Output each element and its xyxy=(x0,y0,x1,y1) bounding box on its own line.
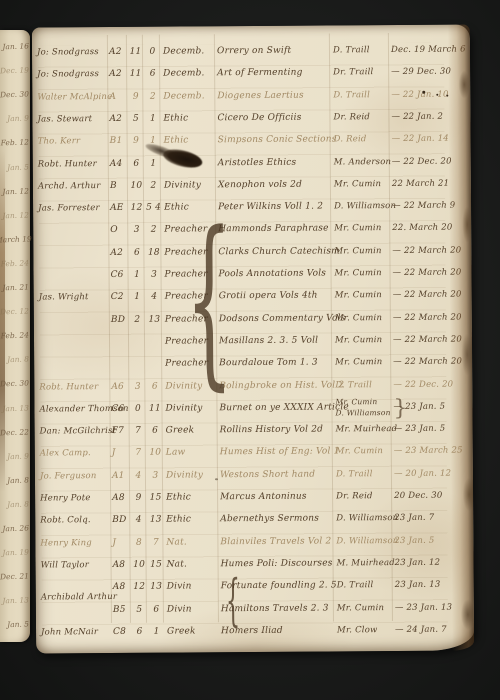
book-title: Hamiltons Travels 2. 3 xyxy=(221,603,337,614)
borrower-name xyxy=(39,315,111,316)
subject-class: Decemb. xyxy=(163,69,215,79)
book-number: 4 xyxy=(146,292,163,302)
professor-name: Mr. Cumin xyxy=(335,335,395,345)
press-mark: A2 xyxy=(109,114,127,124)
subject-class: Ethic xyxy=(164,135,216,145)
ledger-row: BD 2 13 Preacher Dodsons Commentary Vols… xyxy=(34,312,472,337)
book-title: Art of Fermenting xyxy=(217,68,333,79)
professor-name: D. Traill xyxy=(333,90,393,100)
facing-page-date: Feb. 12 xyxy=(0,138,29,148)
facing-page-date: Jan. 13 xyxy=(0,403,29,413)
shelf-number: 1 xyxy=(130,270,145,280)
subject-class: Preacher xyxy=(165,336,217,346)
book-number: 1 xyxy=(145,136,162,146)
press-mark: C8 xyxy=(113,627,131,637)
shelf-number: 9 xyxy=(129,136,144,146)
facing-page-date: Dec. 12 xyxy=(0,307,29,317)
subject-class: Preacher xyxy=(165,292,217,302)
facing-page-date: Feb. 24 xyxy=(0,258,29,268)
borrower-name xyxy=(39,359,111,360)
book-number: 2 xyxy=(145,225,162,235)
book-number: 1 xyxy=(144,114,161,124)
book-number: 15 xyxy=(148,560,165,570)
book-number: 0 xyxy=(144,47,161,57)
professor-name: D. Traill xyxy=(337,580,397,590)
book-title: Orrery on Swift xyxy=(217,45,333,56)
shelf-number: 7 xyxy=(131,426,146,436)
ledger-row: B5 5 6 Divin Hamiltons Travels 2. 3 Mr. … xyxy=(36,602,474,627)
press-mark: F7 xyxy=(112,426,130,436)
subject-class: Decemb. xyxy=(163,46,215,56)
professor-name: Mr. Muirhead xyxy=(336,424,396,434)
book-title: Peter Wilkins Voll 1. 2 xyxy=(218,202,334,213)
ledger-row: Jo: Snodgrass A2 11 6 Decemb. Art of Fer… xyxy=(32,67,470,92)
ledger-row: John McNair C8 6 1 Greek Homers Iliad Mr… xyxy=(36,624,474,649)
ink-speck xyxy=(436,94,438,96)
professor-name: D. Traill xyxy=(336,469,396,479)
book-title: Abernethys Sermons xyxy=(220,514,336,525)
press-mark: O xyxy=(110,225,128,235)
facing-page-date: Dec. 21 xyxy=(0,572,29,582)
ledger-row: Preacher Bourdaloue Tom 1. 3 Mr. Cumin —… xyxy=(34,357,472,382)
professor-name: Mr. Cumin xyxy=(335,268,395,278)
borrower-name: Archibald Arthur xyxy=(41,592,113,603)
facing-page-date: Jan. 26 xyxy=(0,523,29,533)
professor-name: Dr. Traill xyxy=(333,67,393,77)
shelf-number: 11 xyxy=(128,47,143,57)
book-number: 13 xyxy=(147,515,164,525)
facing-page-date: Dec. 30 xyxy=(0,379,29,389)
professor-name: D. Traill xyxy=(333,45,393,55)
subject-class: Ethic xyxy=(164,202,216,212)
press-mark: A6 xyxy=(111,381,129,391)
press-mark: AE xyxy=(110,203,128,213)
press-mark: A4 xyxy=(110,158,128,168)
shelf-number: 9 xyxy=(128,91,143,101)
facing-page-edge: Jan. 16Dec. 19Dec. 30Jan. 9Feb. 12Jan. 5… xyxy=(0,30,30,642)
subject-class: Law xyxy=(166,448,218,458)
facing-page-date: Jan. 5 xyxy=(0,620,29,630)
book-title: Pools Annotations Vols xyxy=(219,268,335,279)
facing-page-date: Dec. 30 xyxy=(0,90,29,100)
ledger-row: Robt. Colq. BD 4 13 Ethic Abernethys Ser… xyxy=(35,513,473,538)
subject-class: Nat. xyxy=(167,559,219,569)
book-number: 18 xyxy=(145,247,162,257)
shelf-number: 5 xyxy=(128,114,143,124)
ink-speck xyxy=(422,91,425,94)
ledger-row: C6 1 3 Preacher Pools Annotations Vols M… xyxy=(34,267,472,292)
book-number: 15 xyxy=(147,493,164,503)
borrower-name: Alex Camp. xyxy=(40,448,112,459)
shelf-number: 1 xyxy=(130,292,145,302)
subject-class: Preacher xyxy=(165,269,217,279)
ledger-row: Jo. Ferguson A1 4 3 Divinity Westons Sho… xyxy=(35,468,473,493)
shelf-number: 6 xyxy=(132,627,147,637)
book-number: 6 xyxy=(147,426,164,436)
book-title: Marcus Antoninus xyxy=(220,491,336,502)
book-title: Humes Poli: Discourses xyxy=(221,558,337,569)
ledger-row: Jas. Stewart A2 5 1 Ethic Cicero De Offi… xyxy=(32,111,470,136)
professor-name: D. Reid xyxy=(334,134,394,144)
ledger-rows: Jo: Snodgrass A2 11 0 Decemb. Orrery on … xyxy=(32,24,474,653)
professor-name: Mr. Cumin xyxy=(335,313,395,323)
facing-page-date: Feb. 24 xyxy=(0,331,29,341)
shelf-number: 3 xyxy=(130,381,145,391)
facing-page-date: Jan. 13 xyxy=(0,596,29,606)
subject-class: Preacher xyxy=(165,358,217,368)
shelf-number: 2 xyxy=(130,314,145,324)
professor-name: Mr. Cumin xyxy=(334,179,394,189)
register-page: Jo: Snodgrass A2 11 0 Decemb. Orrery on … xyxy=(32,24,474,653)
subject-class: Divinity xyxy=(165,381,217,391)
shelf-number: 3 xyxy=(129,225,144,235)
shelf-number: 8 xyxy=(131,537,146,547)
press-mark: C2 xyxy=(111,292,129,302)
subject-class: Greek xyxy=(166,425,218,435)
subject-class: Divinity xyxy=(166,470,218,480)
shelf-number: 0 xyxy=(130,404,145,414)
professor-name: D. Traill xyxy=(335,380,395,390)
ledger-row: Jas. Forrester AE 12 5 4 Ethic Peter Wil… xyxy=(33,201,471,226)
book-number: 7 xyxy=(147,537,164,547)
book-title: Simpsons Conic Sections xyxy=(218,135,334,146)
book-number: 2 xyxy=(144,91,161,101)
press-mark: A2 xyxy=(110,248,128,258)
borrower-name: John McNair xyxy=(41,627,113,638)
facing-page-date: Jan. 16 xyxy=(0,41,29,51)
book-number: 2 xyxy=(145,180,162,190)
professor-name: D. Williamson xyxy=(336,513,396,523)
professor-name: Dr. Reid xyxy=(336,491,396,501)
ledger-row: Archibald Arthur A8 12 13 Divin Fortunat… xyxy=(36,580,474,605)
book-title: Bourdaloue Tom 1. 3 xyxy=(219,358,335,369)
shelf-number: 6 xyxy=(129,158,144,168)
ledger-row: Henry King J 8 7 Nat. Blainviles Travels… xyxy=(35,535,473,560)
facing-page-date: Jan. 9 xyxy=(0,114,29,124)
ledger-row: Henry Pote A8 9 15 Ethic Marcus Antoninu… xyxy=(35,490,473,515)
shelf-number: 9 xyxy=(131,493,146,503)
borrower-name: Dan: McGilchrist xyxy=(40,426,112,437)
borrower-name: Robt. Colq. xyxy=(40,515,112,526)
press-mark: B1 xyxy=(110,136,128,146)
subject-class: Divinity xyxy=(165,403,217,413)
professor-name: Mr. Cumin xyxy=(334,246,394,256)
book-title: Humes Hist of Eng: Vol 1 xyxy=(220,447,336,458)
facing-page-date: Jan. 5 xyxy=(0,162,29,172)
ledger-row: Tho. Kerr B1 9 1 Ethic Simpsons Conic Se… xyxy=(33,134,471,159)
facing-page-date: Jan. 12 xyxy=(0,210,29,220)
professor-name: Mr. Cumin xyxy=(334,223,394,233)
ledger-row: Will Taylor A8 10 15 Nat. Humes Poli: Di… xyxy=(36,557,474,582)
ledger-row: Alexander Thomson C6 0 11 Divinity Burne… xyxy=(34,401,472,426)
book-title: Xenophon vols 2d xyxy=(218,179,334,190)
press-mark: A2 xyxy=(109,47,127,57)
borrower-name: Alexander Thomson xyxy=(39,404,111,415)
book-title: Fortunate foundling 2. 5 xyxy=(221,581,337,592)
professor-name: Mr. Cumin xyxy=(335,397,395,406)
facing-page-date: Jan. 8 xyxy=(0,475,29,485)
facing-page-date: March 19 xyxy=(0,234,29,244)
professor-name: Mr. CuminD. Williamson} xyxy=(335,402,395,411)
facing-page-date: Dec. 19 xyxy=(0,66,29,76)
professor-name-2: D. Williamson xyxy=(335,408,390,417)
ledger-row: Alex Camp. J 7 10 Law Humes Hist of Eng:… xyxy=(35,446,473,471)
subject-class: Divin xyxy=(167,581,219,591)
borrower-name: Archd. Arthur xyxy=(38,181,110,192)
shelf-number: 10 xyxy=(132,560,147,570)
borrower-name xyxy=(38,248,110,249)
shelf-number: 4 xyxy=(131,515,146,525)
ledger-row: Archd. Arthur B 10 2 Divinity Xenophon v… xyxy=(33,178,471,203)
subject-class: Preacher xyxy=(164,247,216,257)
book-number: 6 xyxy=(148,604,165,614)
subject-class: Decemb. xyxy=(163,91,215,101)
press-mark: J xyxy=(112,537,130,547)
professor-name: D. Williamson xyxy=(334,201,394,211)
press-mark: A1 xyxy=(112,471,130,481)
book-title: Dodsons Commentary Vols xyxy=(219,313,335,324)
press-mark: C6 xyxy=(111,270,129,280)
ledger-row: A2 6 18 Preacher Clarks Church Catechism… xyxy=(33,245,471,270)
book-number: 10 xyxy=(147,448,164,458)
professor-name: Mr. Cumin xyxy=(336,446,396,456)
facing-page-date: Jan. 19 xyxy=(0,548,29,558)
facing-page-date: Jan. 9 xyxy=(0,451,29,461)
press-mark: BD xyxy=(112,515,130,525)
facing-page-date: Jan. 21 xyxy=(0,282,29,292)
professor-name: D. Williamson xyxy=(336,536,396,546)
worn-page-edge xyxy=(448,24,474,650)
borrower-name: Henry King xyxy=(40,538,112,549)
book-number: 5 4 xyxy=(145,203,162,213)
ledger-row: Jo: Snodgrass A2 11 0 Decemb. Orrery on … xyxy=(32,44,470,69)
borrower-name xyxy=(39,337,111,338)
book-number: 3 xyxy=(146,270,163,280)
facing-page-date: Jan. 8 xyxy=(0,355,29,365)
book-number: 1 xyxy=(148,626,165,636)
book-title: Grotii opera Vols 4th xyxy=(219,291,335,302)
subject-class: Preacher xyxy=(164,225,216,235)
book-title: Diogenes Laertius xyxy=(217,90,333,101)
shelf-number: 6 xyxy=(129,247,144,257)
shelf-number: 12 xyxy=(132,582,147,592)
book-title: Clarks Church Catechism xyxy=(218,246,334,257)
borrower-name: Henry Pote xyxy=(40,493,112,504)
book-title: Bolingbroke on Hist. Vol 2 xyxy=(219,380,335,391)
book-title: Blainviles Travels Vol 2 xyxy=(220,536,336,547)
shelf-number: 11 xyxy=(128,69,143,79)
shelf-number: 4 xyxy=(131,470,146,480)
shelf-number: 12 xyxy=(129,203,144,213)
borrower-name: Will Taylor xyxy=(41,560,113,571)
borrower-name: Jas. Wright xyxy=(39,292,111,303)
borrower-name: Walter McAlpine xyxy=(37,92,109,103)
press-mark: BD xyxy=(111,314,129,324)
ledger-row: Walter McAlpine A 9 2 Decemb. Diogenes L… xyxy=(32,89,470,114)
book-title: Westons Short hand xyxy=(220,469,336,480)
book-title: Masillans 2. 3. 5 Voll xyxy=(219,335,335,346)
book-title: Cicero De Officiis xyxy=(217,112,333,123)
book-number: 6 xyxy=(146,381,163,391)
book-number: 1 xyxy=(145,158,162,168)
ink-speck xyxy=(215,478,218,480)
professor-name: Mr. Cumin xyxy=(335,357,395,367)
book-number: 6 xyxy=(144,69,161,79)
borrower-name: Jo: Snodgrass xyxy=(37,69,109,80)
shelf-number: 7 xyxy=(131,448,146,458)
press-mark: A8 xyxy=(113,582,131,592)
book-title: Hammonds Paraphrase xyxy=(218,224,334,235)
subject-class: Greek xyxy=(167,626,219,636)
professor-name: M. Anderson xyxy=(334,157,394,167)
subject-class: Divinity xyxy=(164,180,216,190)
facing-page-date: Jan. 8 xyxy=(0,499,29,509)
press-mark: J xyxy=(112,448,130,458)
ledger-row: Robt. Hunter A4 6 1 Aristotles Ethics M.… xyxy=(33,156,471,181)
borrower-name xyxy=(39,270,111,271)
subject-class: Divin xyxy=(167,604,219,614)
ledger-row: Jas. Wright C2 1 4 Preacher Grotii opera… xyxy=(34,290,472,315)
book-title: Burnet on ye XXXIX Article xyxy=(219,402,335,413)
book-number: 13 xyxy=(148,582,165,592)
press-mark: A8 xyxy=(113,560,131,570)
press-mark: C6 xyxy=(111,404,129,414)
professor-name: M. Muirhead xyxy=(337,558,397,568)
book-number: 13 xyxy=(146,314,163,324)
borrower-name: Robt. Hunter xyxy=(38,158,110,169)
ledger-row: Preacher Masillans 2. 3. 5 Voll Mr. Cumi… xyxy=(34,334,472,359)
professor-name: Mr. Clow xyxy=(337,625,397,635)
press-mark: B xyxy=(110,181,128,191)
facing-page-date: Jan. 12 xyxy=(0,186,29,196)
borrower-name xyxy=(38,225,110,226)
subject-class: Ethic xyxy=(166,515,218,525)
borrower-name: Jas. Forrester xyxy=(38,203,110,214)
borrower-name: Jo: Snodgrass xyxy=(37,47,109,58)
ledger-row: O 3 2 Preacher Hammonds Paraphrase Mr. C… xyxy=(33,223,471,248)
borrower-name xyxy=(41,604,113,605)
press-mark: A2 xyxy=(109,69,127,79)
book-number: 11 xyxy=(146,403,163,413)
ledger-photo: Jan. 16Dec. 19Dec. 30Jan. 9Feb. 12Jan. 5… xyxy=(0,0,500,700)
shelf-number: 5 xyxy=(132,604,147,614)
borrower-name: Jas. Stewart xyxy=(37,114,109,125)
book-title: Homers Iliad xyxy=(221,625,337,636)
press-mark: A8 xyxy=(112,493,130,503)
book-number: 3 xyxy=(147,470,164,480)
subject-class: Ethic xyxy=(166,492,218,502)
subject-class: Ethic xyxy=(163,113,215,123)
book-title: Aristotles Ethics xyxy=(218,157,334,168)
subject-class: Nat. xyxy=(166,537,218,547)
ledger-row: Dan: McGilchrist F7 7 6 Greek Rollins Hi… xyxy=(35,424,473,449)
borrower-name: Jo. Ferguson xyxy=(40,471,112,482)
professor-name: Dr. Reid xyxy=(333,112,393,122)
shelf-number: 10 xyxy=(129,181,144,191)
subject-class: Preacher xyxy=(165,314,217,324)
borrower-name: Tho. Kerr xyxy=(38,136,110,147)
press-mark: A xyxy=(109,91,127,101)
facing-page-date: Dec. 22 xyxy=(0,427,29,437)
book-title: Rollins History Vol 2d xyxy=(220,425,336,436)
professor-name: Mr. Cumin xyxy=(337,603,397,613)
borrower-name: Robt. Hunter xyxy=(39,381,111,392)
professor-name: Mr. Cumin xyxy=(335,290,395,300)
press-mark: B5 xyxy=(113,604,131,614)
